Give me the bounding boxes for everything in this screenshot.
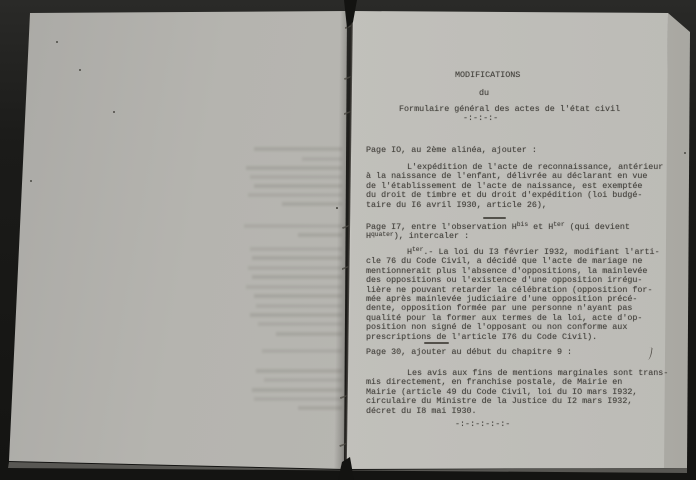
- ghost-text-line: [254, 294, 342, 298]
- header-separator: -:-:-:-: [463, 114, 498, 123]
- scanned-book-spread: MODIFICATIONS du Formulaire général des …: [0, 0, 696, 480]
- ghost-text-line: [254, 397, 342, 401]
- ghost-text-line: [252, 275, 342, 279]
- instruction1-heading: Page IO, au 2ème alinéa, ajouter :: [366, 146, 537, 155]
- ink-speck: [79, 69, 81, 71]
- document-form-line: Formulaire général des actes de l'état c…: [399, 105, 620, 114]
- ghost-text-line: [276, 332, 342, 336]
- ink-speck: [56, 41, 58, 43]
- instruction3-heading: Page 30, ajouter au début du chapitre 9 …: [366, 348, 572, 357]
- ghost-text-line: [250, 313, 342, 317]
- ghost-text-line: [252, 388, 342, 392]
- text-line: taire du I6 avril I930, article 26),: [366, 201, 663, 210]
- ghost-text-line: [298, 233, 342, 237]
- section-divider-dash: [483, 217, 506, 219]
- ghost-text-line: [246, 285, 342, 289]
- text-line: décret du I8 mai I930.: [366, 407, 668, 416]
- instruction1-paragraph: L'expédition de l'acte de reconnaissance…: [366, 163, 663, 210]
- ghost-text-line: [252, 256, 342, 260]
- section-divider-dash: [424, 342, 449, 344]
- footer-separator: -:-:-:-:-:-: [455, 420, 510, 429]
- ghost-text-line: [248, 193, 342, 197]
- document-title: MODIFICATIONS: [455, 71, 520, 80]
- ink-speck: [684, 152, 686, 154]
- ink-speck: [113, 111, 115, 113]
- ghost-text-line: [258, 322, 342, 326]
- ghost-text-line: [244, 224, 342, 228]
- instruction2-paragraph: Hter.- La loi du I3 février I932, modifi…: [366, 248, 660, 342]
- ghost-text-line: [246, 166, 342, 170]
- ghost-text-line: [262, 349, 342, 353]
- ghost-text-line: [254, 147, 342, 151]
- ghost-text-line: [250, 175, 342, 179]
- ink-speck: [336, 207, 338, 209]
- ghost-text-line: [250, 247, 342, 251]
- instruction3-paragraph: Les avis aux fins de mentions marginales…: [366, 369, 668, 416]
- ghost-text-line: [302, 157, 342, 161]
- ghost-text-line: [254, 184, 342, 188]
- ink-speck: [30, 180, 32, 182]
- text-line: Hquater), intercaler :: [366, 232, 630, 241]
- text-line: prescriptions de l'article I76 du Code C…: [366, 333, 660, 342]
- instruction2-heading: Page I7, entre l'observation Hbis et Hte…: [366, 223, 630, 242]
- ghost-text-line: [248, 266, 342, 270]
- ghost-text-line: [256, 369, 342, 373]
- ghost-text-line: [256, 304, 342, 308]
- ghost-text-line: [282, 202, 342, 206]
- ghost-text-line: [264, 378, 342, 382]
- document-subtitle: du: [479, 89, 489, 98]
